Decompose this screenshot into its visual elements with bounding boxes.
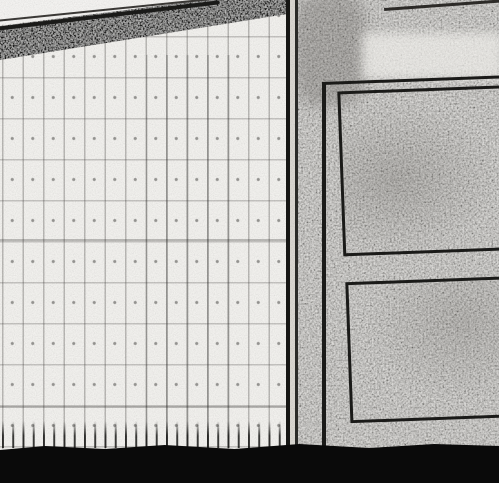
- building-corner-edge: [286, 0, 298, 450]
- muntin-bottom-tips: [0, 421, 287, 448]
- glazed-grid-wall: [0, 0, 287, 449]
- panel-group: [319, 0, 499, 449]
- grid-heavy-horizontal-line: [0, 406, 287, 408]
- stucco-wall: [298, 0, 499, 449]
- grid-heavy-horizontal-line: [0, 239, 287, 241]
- lower-recessed-panel: [345, 276, 499, 423]
- photo-canvas: [0, 0, 499, 483]
- upper-recessed-panel: [337, 85, 499, 256]
- darker-muntin-columns: [146, 55, 242, 447]
- panel-frame-header-line: [322, 75, 499, 85]
